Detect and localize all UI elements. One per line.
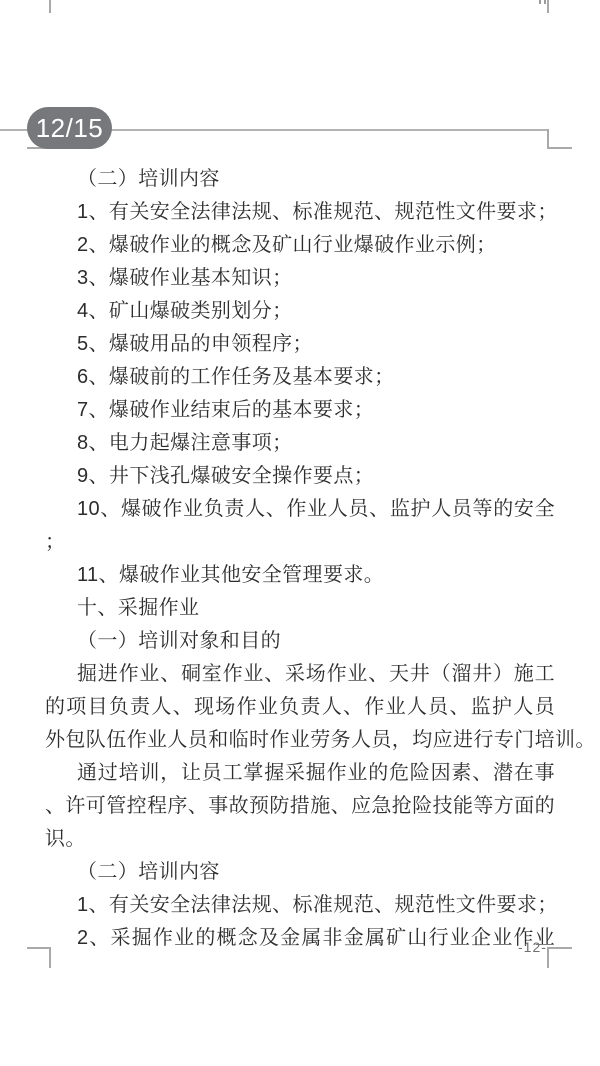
text-line: 8、电力起爆注意事项； [45,427,555,460]
text-line: 2、采掘作业的概念及金属非金属矿山行业企业作业示例 [45,922,555,955]
text-line: （二）培训内容 [45,163,555,196]
text-line: 11、爆破作业其他安全管理要求。 [45,559,555,592]
text-line: 掘进作业、硐室作业、采场作业、天井（溜井）施工作业面 [45,658,555,691]
text-line: 外包队伍作业人员和临时作业劳务人员，均应进行专门培训。 [45,724,555,757]
text-line-content: 十、采掘作业 [77,597,199,619]
page-indicator-toast: 12/15 [27,107,112,149]
text-line-content: 4、矿山爆破类别划分； [77,300,293,322]
text-line: 1、有关安全法律法规、标准规范、规范性文件要求； [45,196,555,229]
text-line: 7、爆破作业结束后的基本要求； [45,394,555,427]
top-right-crop-mark-horizontal [547,147,572,149]
text-line: 6、爆破前的工作任务及基本要求； [45,361,555,394]
prev-page-number-remnant [544,0,546,4]
prev-page-number-remnant [539,0,541,4]
text-line: 3、爆破作业基本知识； [45,262,555,295]
text-line: 1、有关安全法律法规、标准规范、规范性文件要求； [45,889,555,922]
text-line: （二）培训内容 [45,856,555,889]
text-line-content: 11、爆破作业其他安全管理要求。 [77,564,384,586]
text-line-content: 掘进作业、硐室作业、采场作业、天井（溜井）施工作业面 [77,663,555,691]
text-line-content: 10、爆破作业负责人、作业人员、监护人员等的安全职责 [77,498,555,526]
document-page-text: （二）培训内容 1、有关安全法律法规、标准规范、规范性文件要求； 2、爆破作业的… [45,163,555,955]
text-line: 、许可管控程序、事故预防措施、应急抢险技能等方面的安全知 [45,790,555,823]
text-line-content: 1、有关安全法律法规、标准规范、规范性文件要求； [77,894,558,916]
text-line-content: 2、爆破作业的概念及矿山行业爆破作业示例； [77,234,497,256]
text-line-content: 、许可管控程序、事故预防措施、应急抢险技能等方面的安全知 [45,795,555,823]
text-line: 10、爆破作业负责人、作业人员、监护人员等的安全职责 [45,493,555,526]
text-line: 的项目负责人、现场作业负责人、作业人员、监护人员等，包括 [45,691,555,724]
text-line-content: （一）培训对象和目的 [77,630,281,652]
text-line-content: 6、爆破前的工作任务及基本要求； [77,366,395,388]
text-line: 十、采掘作业 [45,592,555,625]
prev-page-crop-mark-left [49,0,51,13]
text-line: 2、爆破作业的概念及矿山行业爆破作业示例； [45,229,555,262]
text-line: ； [45,526,555,559]
text-line-content: 识。 [45,828,86,850]
text-line-content: （二）培训内容 [77,168,220,190]
text-line-content: 8、电力起爆注意事项； [77,432,293,454]
text-line-content: 通过培训，让员工掌握采掘作业的危险因素、潜在事故类型 [77,762,555,790]
prev-page-crop-mark-right [547,0,549,13]
text-line: 4、矿山爆破类别划分； [45,295,555,328]
text-line-content: 5、爆破用品的申领程序； [77,333,313,355]
text-line-content: 3、爆破作业基本知识； [77,267,293,289]
text-line: 5、爆破用品的申领程序； [45,328,555,361]
text-line-content: 7、爆破作业结束后的基本要求； [77,399,374,421]
footer-page-number: -12- [518,939,554,955]
text-line: 9、井下浅孔爆破安全操作要点； [45,460,555,493]
text-line-content: 2、采掘作业的概念及金属非金属矿山行业企业作业示例 [77,927,555,955]
text-line-content: 1、有关安全法律法规、标准规范、规范性文件要求； [77,201,558,223]
text-line-content: 外包队伍作业人员和临时作业劳务人员，均应进行专门培训。 [45,729,596,751]
text-line: 通过培训，让员工掌握采掘作业的危险因素、潜在事故类型 [45,757,555,790]
top-right-crop-mark-vertical [547,129,549,149]
document-viewer[interactable]: 12/15 （二）培训内容 1、有关安全法律法规、标准规范、规范性文件要求； 2… [0,0,600,1066]
text-line-content: （二）培训内容 [77,861,220,883]
bottom-left-crop-mark-horizontal [27,947,51,949]
text-line: （一）培训对象和目的 [45,625,555,658]
bottom-left-crop-mark-vertical [49,947,51,968]
text-line-content: ； [45,531,65,553]
text-line-content: 的项目负责人、现场作业负责人、作业人员、监护人员等，包括 [45,696,555,724]
text-line-content: 9、井下浅孔爆破安全操作要点； [77,465,374,487]
text-line: 识。 [45,823,555,856]
